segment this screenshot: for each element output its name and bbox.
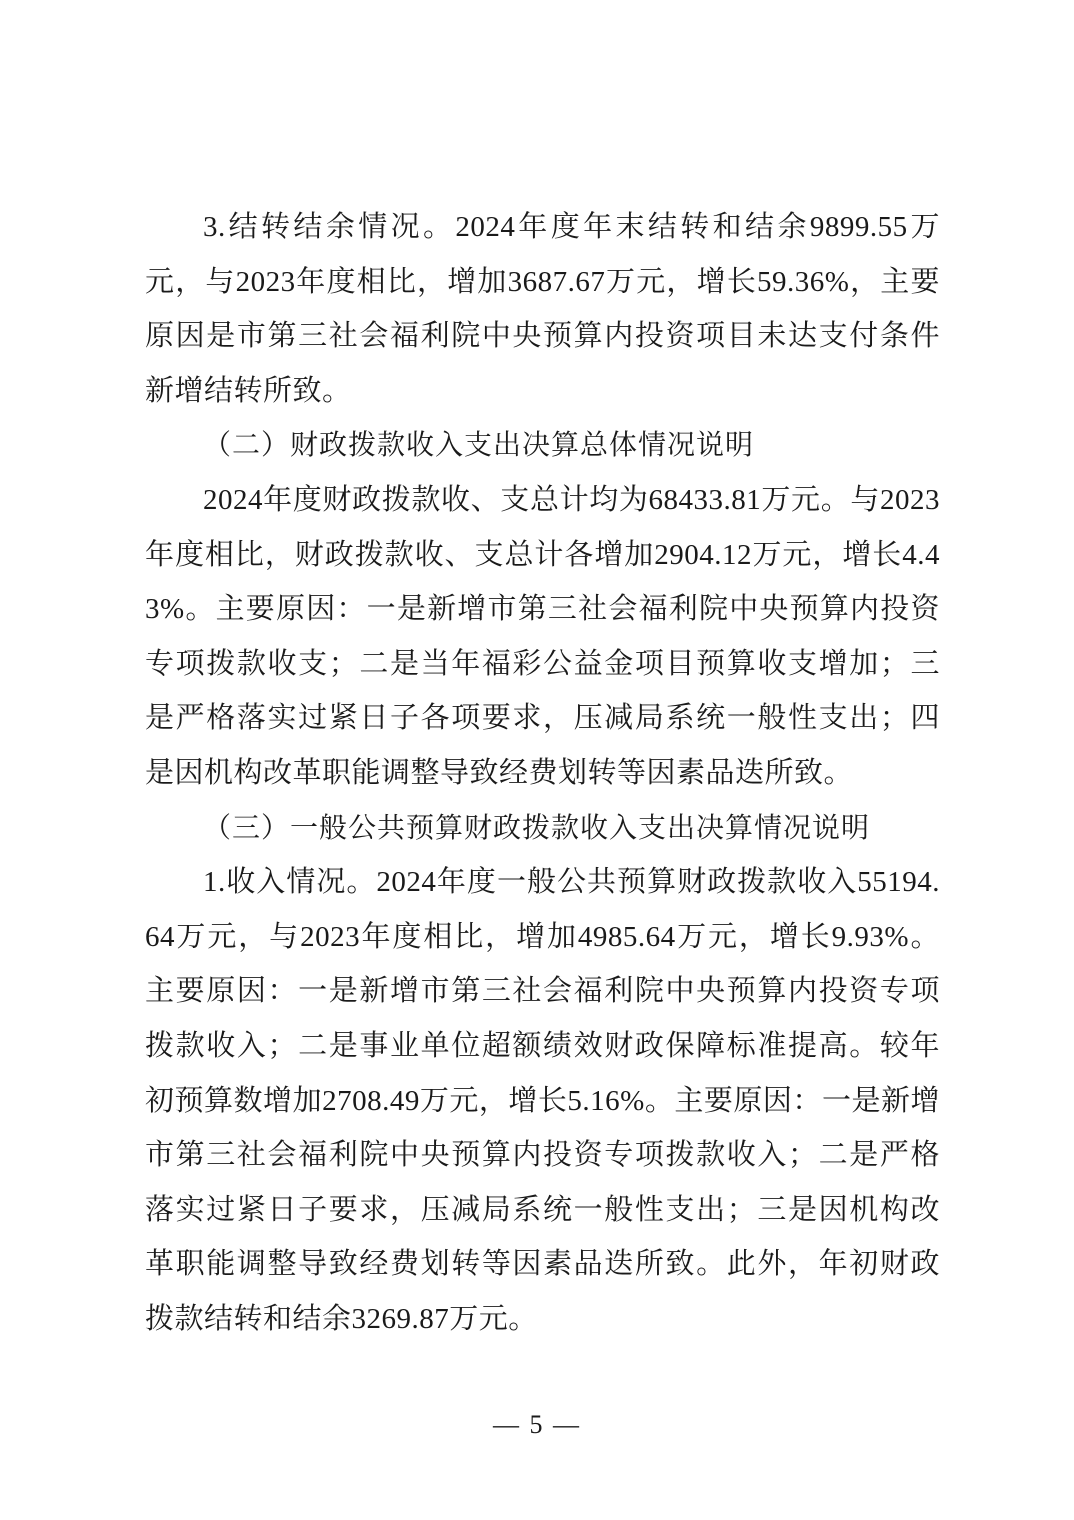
page-number: — 5 —: [0, 1410, 1074, 1440]
section-heading-fiscal-appropriation-overview: （二）财政拨款收入支出决算总体情况说明: [145, 418, 940, 473]
paragraph-carryover-balance: 3.结转结余情况。2024年度年末结转和结余9899.55万元，与2023年度相…: [145, 200, 940, 418]
section-heading-general-public-budget: （三）一般公共预算财政拨款收入支出决算情况说明: [145, 801, 940, 856]
document-page-body: 3.结转结余情况。2024年度年末结转和结余9899.55万元，与2023年度相…: [145, 200, 940, 1346]
paragraph-general-public-budget-income: 1.收入情况。2024年度一般公共预算财政拨款收入55194.64万元，与202…: [145, 855, 940, 1346]
paragraph-fiscal-appropriation-overview: 2024年度财政拨款收、支总计均为68433.81万元。与2023年度相比，财政…: [145, 473, 940, 801]
